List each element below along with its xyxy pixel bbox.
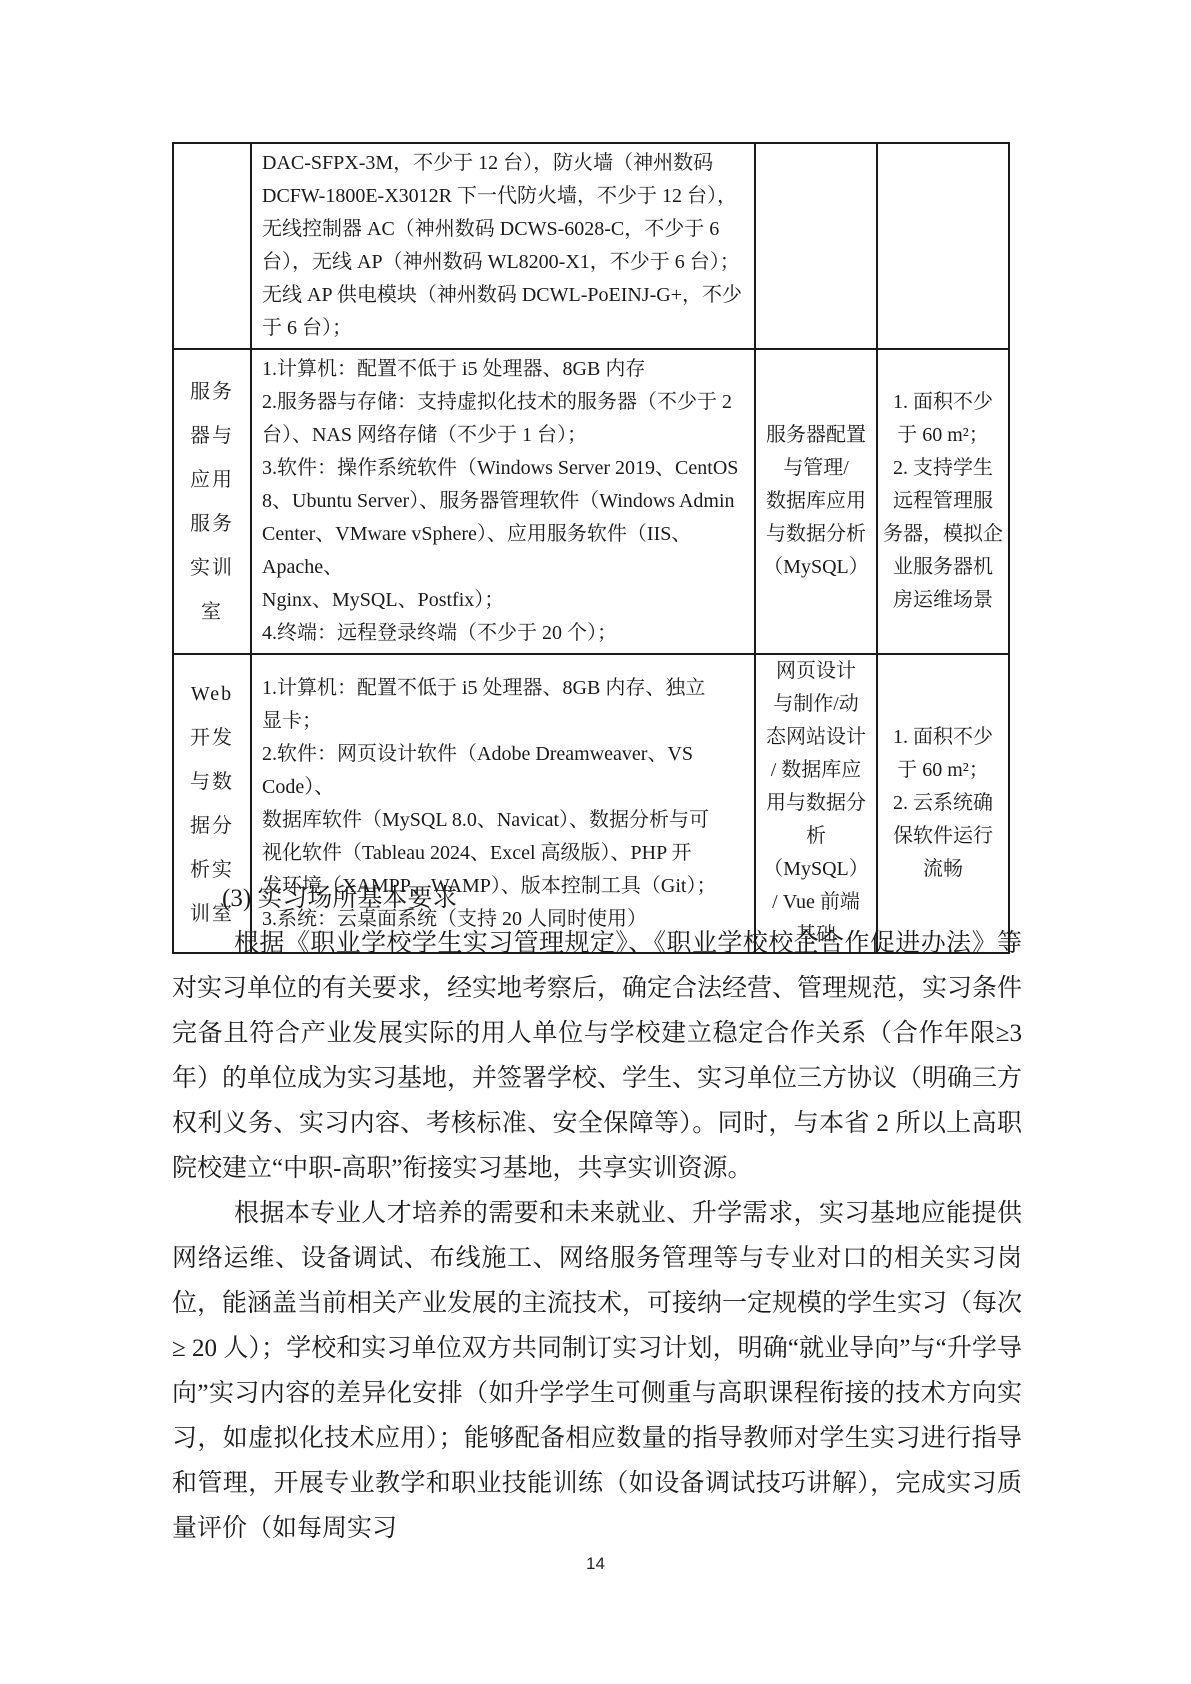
room-name-cell bbox=[173, 143, 251, 349]
courses-cell: 服务器配置 与管理/ 数据库应用 与数据分析 （MySQL） bbox=[755, 349, 877, 654]
section-heading: (3) 实习场所基本要求 bbox=[172, 876, 1022, 921]
document-page: DAC-SFPX-3M，不少于 12 台），防火墙（神州数码 DCFW-1800… bbox=[0, 0, 1191, 1684]
room-name-cell: 服务器与应用服务实训室 bbox=[173, 349, 251, 654]
page-number: 14 bbox=[0, 1554, 1191, 1574]
paragraph-internship-base: 根据《职业学校学生实习管理规定》、《职业学校校企合作促进办法》等对实习单位的有关… bbox=[172, 921, 1022, 1191]
courses-cell bbox=[755, 143, 877, 349]
equipment-cell: DAC-SFPX-3M，不少于 12 台），防火墙（神州数码 DCFW-1800… bbox=[251, 143, 755, 349]
training-room-spec-table: DAC-SFPX-3M，不少于 12 台），防火墙（神州数码 DCFW-1800… bbox=[172, 142, 1010, 954]
requirements-cell: 1. 面积不少 于 60 m²； 2. 支持学生 远程管理服 务器，模拟企 业服… bbox=[877, 349, 1009, 654]
equipment-cell: 1.计算机：配置不低于 i5 处理器、8GB 内存 2.服务器与存储：支持虚拟化… bbox=[251, 349, 755, 654]
paragraph-internship-posts: 根据本专业人才培养的需要和未来就业、升学需求，实习基地应能提供网络运维、设备调试… bbox=[172, 1191, 1022, 1551]
body-text-block: (3) 实习场所基本要求 根据《职业学校学生实习管理规定》、《职业学校校企合作促… bbox=[172, 864, 1022, 1551]
table-row-continuation: DAC-SFPX-3M，不少于 12 台），防火墙（神州数码 DCFW-1800… bbox=[173, 143, 1009, 349]
table-row-server-room: 服务器与应用服务实训室 1.计算机：配置不低于 i5 处理器、8GB 内存 2.… bbox=[173, 349, 1009, 654]
requirements-cell bbox=[877, 143, 1009, 349]
